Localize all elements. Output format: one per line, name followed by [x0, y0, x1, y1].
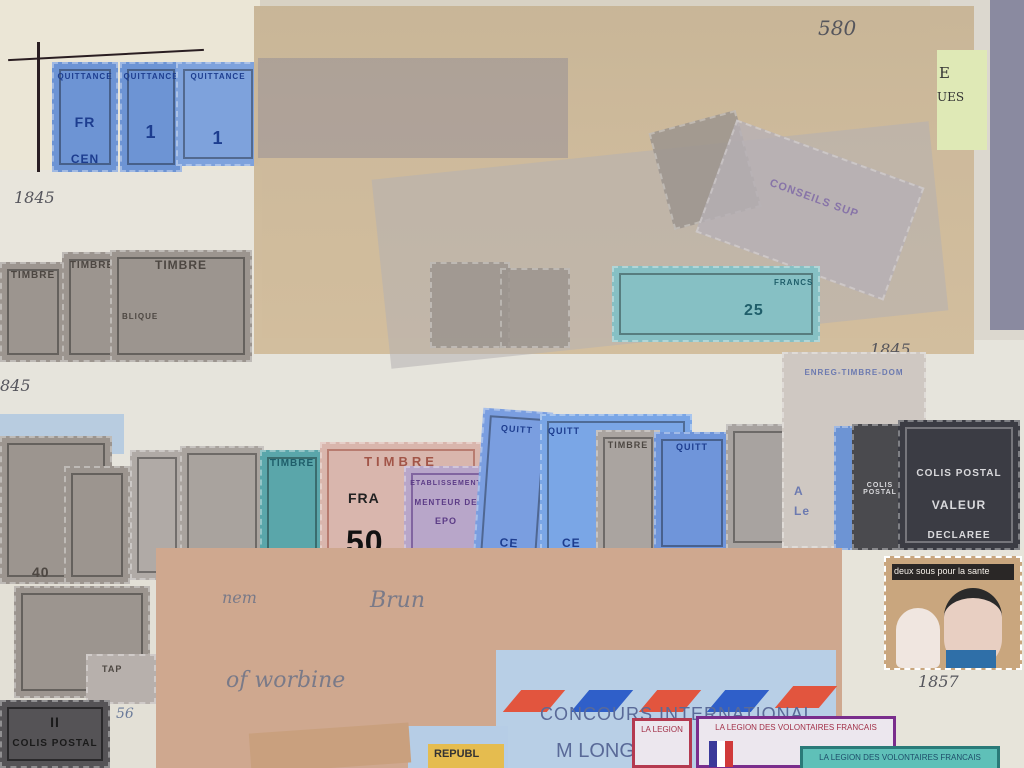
flag-icon [709, 741, 733, 767]
stamp-quittance-3: QUITTANCE 1 [176, 62, 260, 166]
sticky-note: E UES [937, 50, 987, 150]
year-label-1845-top: 1845 [14, 188, 55, 207]
album-edge-shadow [990, 0, 1024, 330]
vignette-nurse-figure [896, 608, 940, 668]
loose-stamp-grey-3 [500, 268, 570, 348]
pencil-line-vertical [37, 42, 40, 172]
kraft-handwriting-line3: of worbine [226, 668, 345, 693]
legion-vignette-1: LA LEGION [632, 718, 692, 768]
stamp-grey-inked [64, 466, 130, 584]
kraft-handwriting-line1: nem [222, 588, 257, 607]
number-label-56: 56 [116, 706, 134, 722]
envelope-number: 580 [818, 16, 856, 40]
airmail-line2: M LONG [556, 740, 635, 763]
loose-stamp-grey-2 [430, 262, 510, 348]
vignette-deux-sous: deux sous pour la sante [884, 556, 1022, 670]
stamp-tap: TAP [86, 654, 156, 704]
legion-vignette-3: LA LEGION DES VOLONTAIRES FRANCAIS [800, 746, 1000, 768]
stamp-blue-quitt-3: QUITT [654, 432, 730, 554]
stamp-quittance-2: QUITTANCE 1 [120, 62, 182, 172]
loose-stamp-teal-25: 25 FRANCS [612, 266, 820, 342]
vignette-child-collar [946, 650, 996, 668]
year-label-1857: 1857 [918, 672, 959, 691]
stamp-timbre-1: TIMBRE [0, 262, 66, 362]
kraft-handwriting-line2: Brun [370, 588, 425, 613]
republique-stamp: REPUBL [428, 744, 504, 768]
stamp-timbre-3: TIMBRE BLIQUE [110, 250, 252, 362]
stamp-quittance-1: QUITTANCE FR CEN [52, 62, 118, 172]
stamp-colis-postal-bottom: II COLIS POSTAL [0, 700, 110, 768]
glassine-shadow-band [258, 58, 568, 158]
stamp-grey-timbre-mid: TIMBRE [596, 430, 660, 558]
year-label-845-middle: 845 [0, 376, 31, 395]
stamp-colis-postal-valeur: COLIS POSTAL VALEUR DECLAREE [898, 420, 1020, 550]
